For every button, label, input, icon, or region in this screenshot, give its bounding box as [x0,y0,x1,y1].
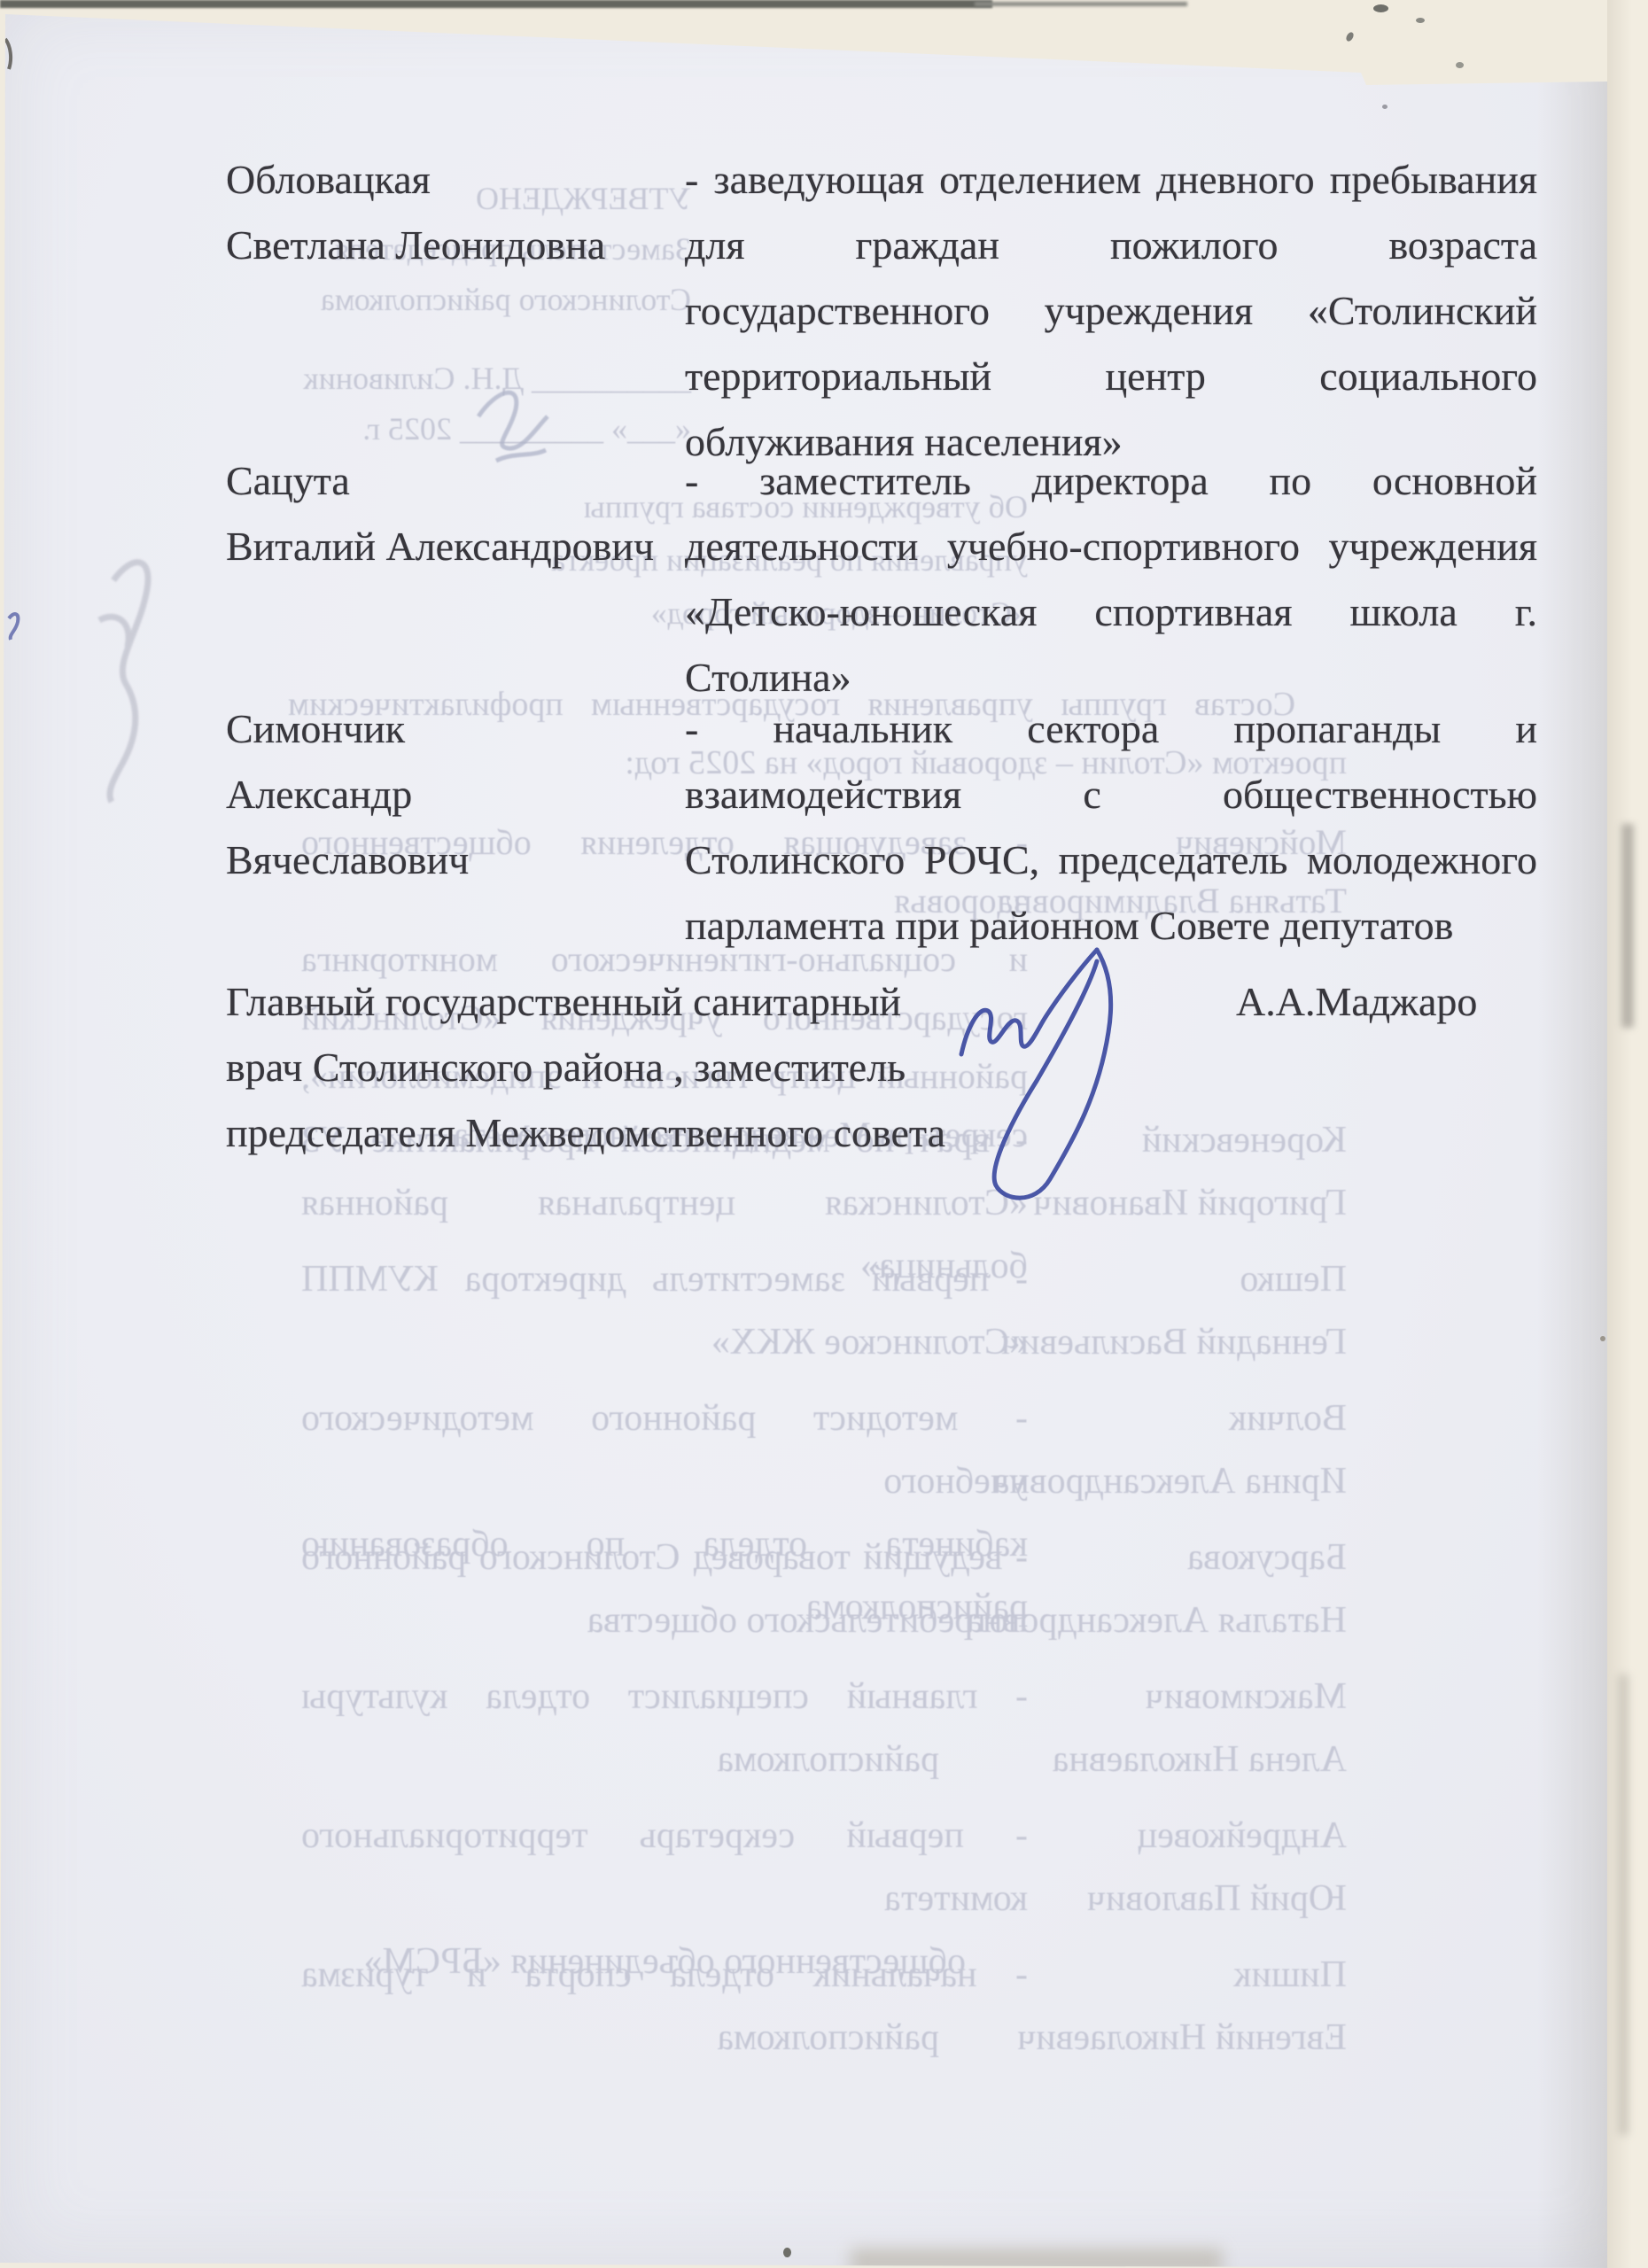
scan-smudge [1621,824,1634,1028]
scanner-edge-strip [0,0,992,8]
debris-speck [1600,1336,1605,1341]
debris-speck [1416,18,1425,23]
debris-speck [1345,31,1356,43]
debris-speck [783,2248,791,2257]
debris-speck [1373,4,1388,12]
pen-signature [0,0,1648,2268]
scanner-edge-strip-light [975,2,1187,6]
scan-smudge [1618,1674,1629,2135]
scanned-document: УТВЕРЖДЕНО Заместитель председателя Стол… [0,0,1648,2268]
paper-sheet: УТВЕРЖДЕНО Заместитель председателя Стол… [0,0,1648,2268]
debris-speck [1382,105,1388,109]
debris-speck [1456,62,1464,68]
